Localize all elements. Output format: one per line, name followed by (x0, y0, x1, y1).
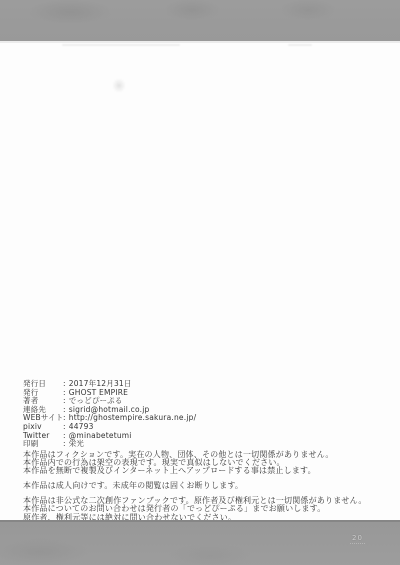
colophon-value: 栄光 (69, 440, 84, 449)
scanned-colophon-page: 発行日:2017年12月31日 発行:GHOST EMPIRE 著者:でっどぴー… (0, 0, 400, 565)
colophon-row-website: WEBサイト:http://ghostempire.sakura.ne.jp/ (23, 414, 196, 423)
colophon-row-printer: 印刷:栄光 (23, 440, 196, 449)
colophon-label: 印刷 (23, 440, 63, 449)
scan-smudge-artifact (113, 79, 125, 92)
colophon-row-twitter: Twitter:@minabetetumi (23, 432, 196, 441)
page-number: 20 (350, 534, 365, 544)
scan-border-bottom: 20 (0, 520, 400, 565)
disclaimer-block: 本作品はフィクションです。実在の人物、団体、その他とは一切関係がありません。 本… (23, 451, 367, 522)
colophon-separator: : (63, 440, 66, 449)
scan-streak-artifact (288, 44, 312, 46)
scan-border-top (0, 0, 400, 43)
scan-streak-artifact (62, 44, 180, 46)
adult-content-notice: 本作品は成人向けです。未成年の閲覧は固くお断りします。 (23, 482, 367, 490)
disclaimer-line: 本作品を無断で複製及びインターネット上へアップロードする事は禁止します。 (23, 467, 367, 475)
colophon-block: 発行日:2017年12月31日 発行:GHOST EMPIRE 著者:でっどぴー… (23, 380, 196, 449)
unofficial-fanbook-notice: 本作品は非公式な二次創作ファンブックです。原作者及び権利元とは一切関係がありませ… (23, 497, 367, 521)
fiction-disclaimer: 本作品はフィクションです。実在の人物、団体、その他とは一切関係がありません。 本… (23, 451, 367, 475)
disclaimer-line: 本作品は成人向けです。未成年の閲覧は固くお断りします。 (23, 482, 367, 490)
